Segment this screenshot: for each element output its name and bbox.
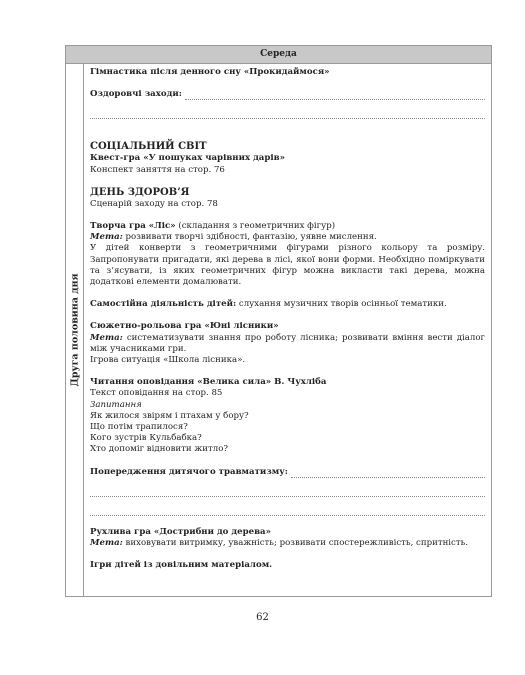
injury-prevention-row: Попередження дитячого травматизму: <box>90 467 485 478</box>
creative-game-subtitle: (складання з геометричних фігур) <box>176 221 335 231</box>
role-game-goal: Мета: систематизувати знання про роботу … <box>90 333 485 355</box>
role-game-situation: Ігрова ситуація «Школа лісника». <box>90 355 485 366</box>
creative-description: У дітей конверти з геометричними фігурам… <box>90 243 485 288</box>
health-measures-row: Оздоровчі заходи: <box>90 89 485 100</box>
schedule-table: Середа Друга половина дня Гімнастика піс… <box>65 45 492 597</box>
quest-game-title: Квест-гра «У пошуках чарівних дарів» <box>90 153 485 164</box>
page-number: 62 <box>0 612 525 623</box>
independent-activity: Самостійна діяльність дітей: слухання му… <box>90 299 485 310</box>
side-label-time-of-day: Друга половина дня <box>69 273 80 386</box>
fill-in-line <box>291 469 485 478</box>
question-item: Як жилося звірям і птахам у бору? <box>90 411 485 422</box>
creative-game-title: Творча гра «Ліс» <box>90 221 176 231</box>
role-game-title: Сюжетно-рольова гра «Юні лісники» <box>90 321 485 332</box>
reading-note: Текст оповідання на стор. 85 <box>90 388 485 399</box>
table-header-day: Середа <box>66 46 491 64</box>
questions-label: Запитання <box>90 400 485 411</box>
free-play: Ігри дітей із довільним матеріалом. <box>90 560 485 571</box>
question-item: Що потім трапилося? <box>90 422 485 433</box>
fill-in-line <box>90 486 485 497</box>
health-day-heading: ДЕНЬ ЗДОРОВ’Я <box>90 187 485 199</box>
goal-label: Мета: <box>90 538 123 548</box>
table-content: Гімнастика після денного сну «Прокидаймо… <box>90 67 485 596</box>
goal-label: Мета: <box>90 333 123 343</box>
goal-label: Мета: <box>90 232 123 242</box>
document-page: Середа Друга половина дня Гімнастика піс… <box>0 0 525 675</box>
active-game-goal: Мета: виховувати витримку, уважність; ро… <box>90 538 485 549</box>
health-measures-label: Оздоровчі заходи: <box>90 89 182 100</box>
fill-in-line <box>90 505 485 516</box>
quest-note: Конспект заняття на стор. 76 <box>90 165 485 176</box>
reading-title: Читання оповідання «Велика сила» В. Чухл… <box>90 377 485 388</box>
fill-in-line <box>185 91 485 100</box>
social-world-heading: СОЦІАЛЬНИЙ СВІТ <box>90 141 485 153</box>
creative-game-heading: Творча гра «Ліс» (складання з геометричн… <box>90 221 485 232</box>
fill-in-line <box>90 108 485 119</box>
creative-goal: Мета: розвивати творчі здібності, фантаз… <box>90 232 485 243</box>
side-column: Друга половина дня <box>66 64 84 596</box>
question-item: Кого зустрів Кульбабка? <box>90 433 485 444</box>
independent-activity-label: Самостійна діяльність дітей: <box>90 299 236 309</box>
gymnastics-title: Гімнастика після денного сну «Прокидаймо… <box>90 67 485 78</box>
injury-prevention-label: Попередження дитячого травматизму: <box>90 467 288 478</box>
health-day-note: Сценарій заходу на стор. 78 <box>90 199 485 210</box>
active-game-title: Рухлива гра «Дострибни до дерева» <box>90 527 485 538</box>
question-item: Хто допоміг відновити житло? <box>90 444 485 455</box>
